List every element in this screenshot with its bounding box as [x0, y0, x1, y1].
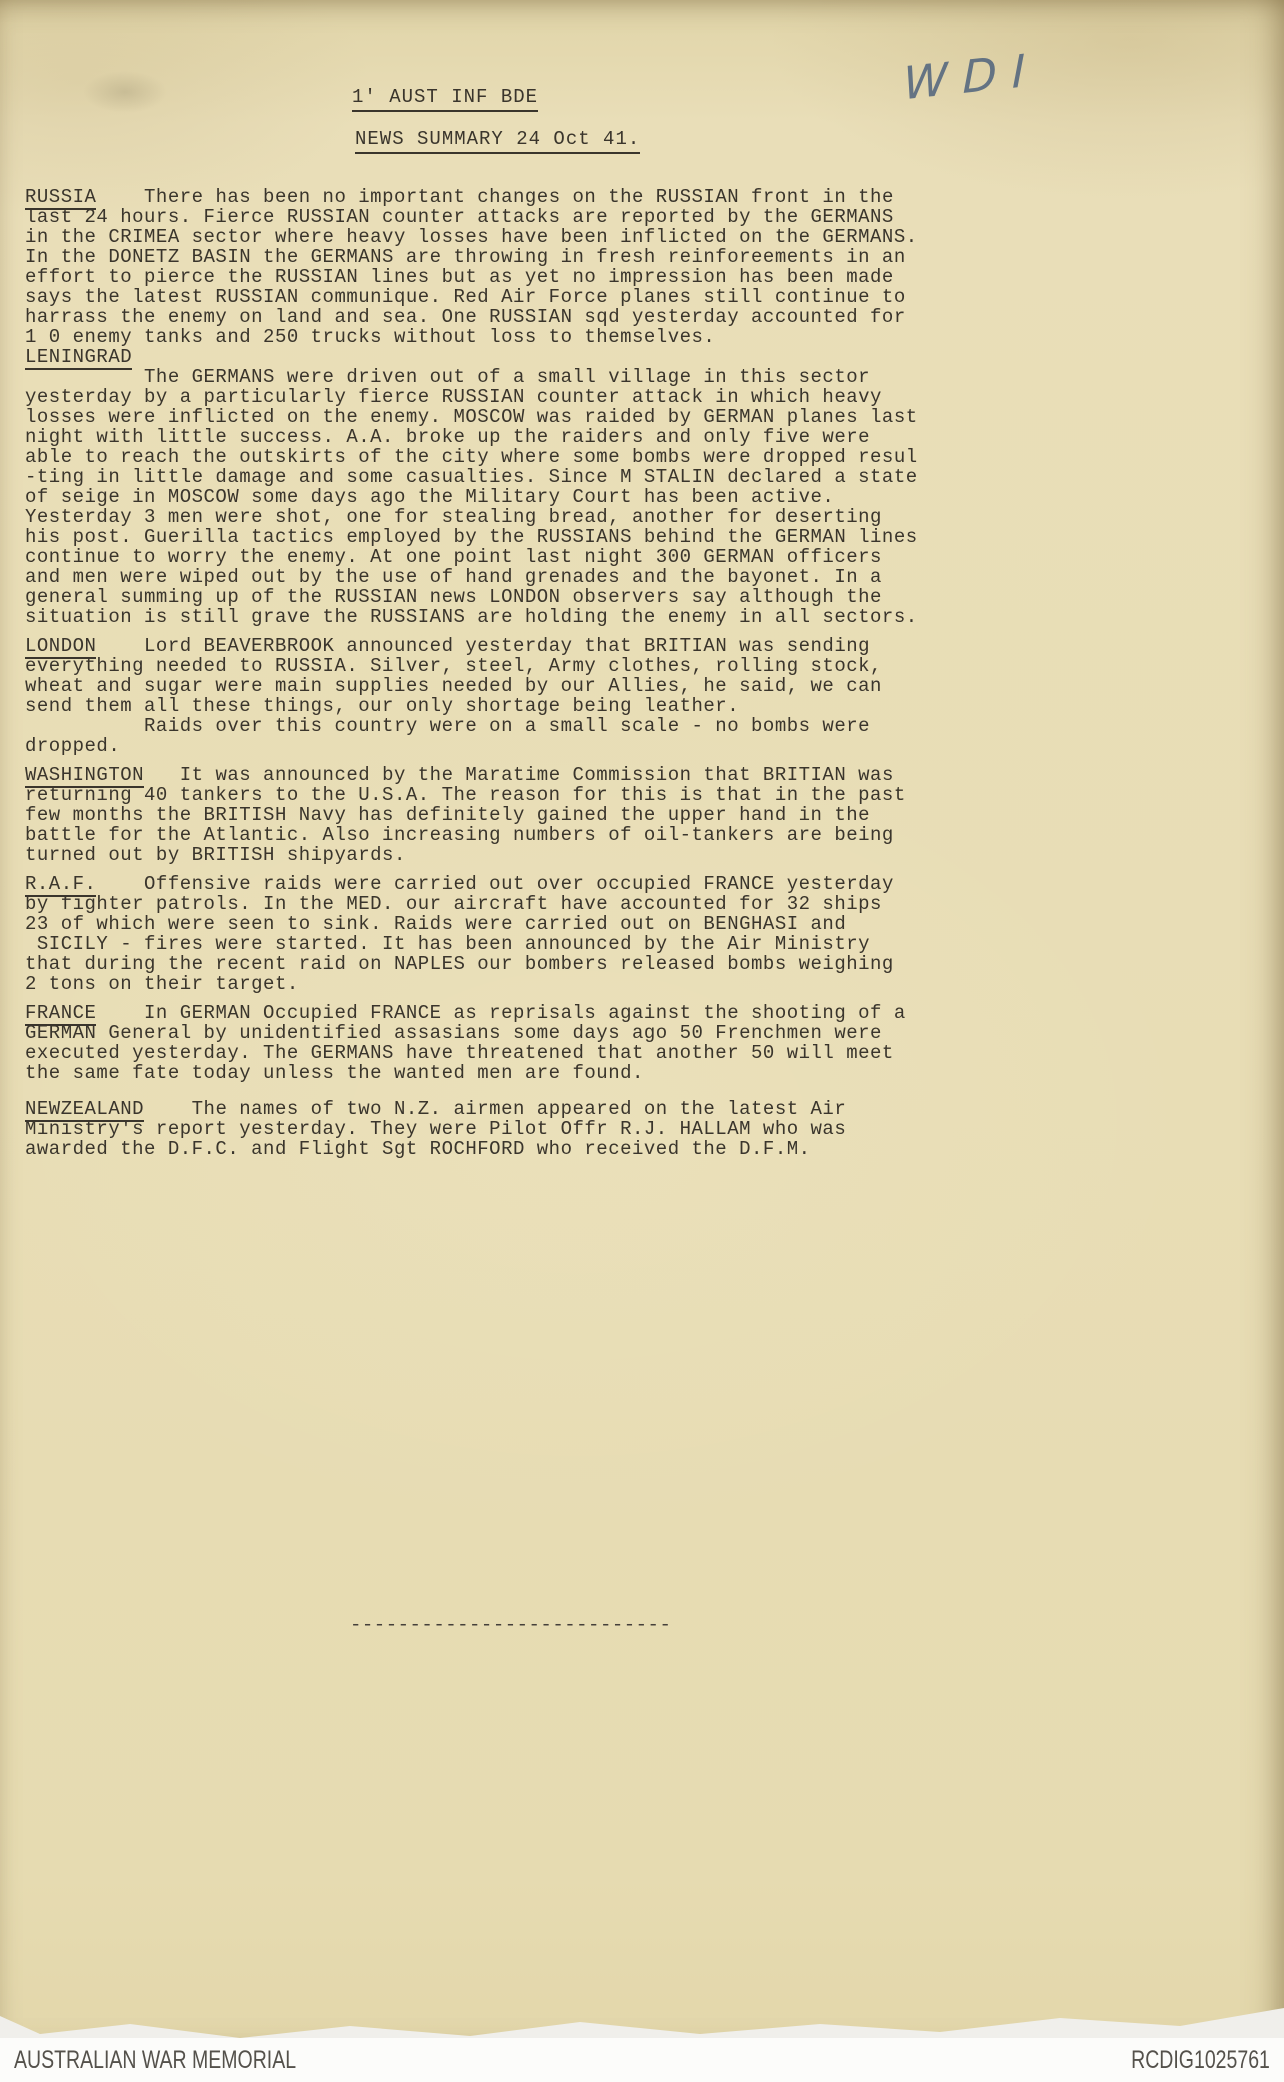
doc-line: Raids over this country were on a small … — [25, 716, 1284, 736]
section-raf: R.A.F. Offensive raids were carried out … — [25, 874, 1284, 994]
archive-id: RCDIG1025761 — [1131, 2046, 1270, 2075]
document-subtitle: NEWS SUMMARY 24 Oct 41. — [355, 128, 640, 154]
doc-line: battle for the Atlantic. Also increasing… — [25, 825, 1284, 845]
doc-line: losses were inflicted on the enemy. MOSC… — [25, 407, 1284, 427]
doc-line: situation is still grave the RUSSIANS ar… — [25, 607, 1284, 627]
section-leningrad: LENINGRAD The GERMANS were driven out of… — [25, 347, 1284, 627]
doc-line: wheat and sugar were main supplies neede… — [25, 676, 1284, 696]
section-washington: WASHINGTON It was announced by the Marat… — [25, 765, 1284, 865]
typed-divider: --------------------------- — [350, 1621, 1284, 1629]
doc-line: LENINGRAD — [25, 347, 1284, 367]
doc-line: the same fate today unless the wanted me… — [25, 1063, 1284, 1083]
doc-line: send them all these things, our only sho… — [25, 696, 1284, 716]
doc-line: WASHINGTON It was announced by the Marat… — [25, 765, 1284, 785]
handwritten-stamp-wdi: WDI — [903, 43, 1040, 111]
document-page: WDI 1' AUST INF BDE NEWS SUMMARY 24 Oct … — [0, 0, 1284, 2040]
doc-line: effort to pierce the RUSSIAN lines but a… — [25, 267, 1284, 287]
doc-line: returning 40 tankers to the U.S.A. The r… — [25, 785, 1284, 805]
doc-line: awarded the D.F.C. and Flight Sgt ROCHFO… — [25, 1139, 1284, 1159]
document-body: RUSSIA There has been no important chang… — [25, 187, 1284, 1159]
section-intro: In GERMAN Occupied FRANCE as reprisals a… — [96, 1002, 905, 1024]
doc-line: GERMAN General by unidentified assasians… — [25, 1023, 1284, 1043]
section-intro: Offensive raids were carried out over oc… — [96, 873, 893, 895]
doc-line: FRANCE In GERMAN Occupied FRANCE as repr… — [25, 1003, 1284, 1023]
doc-line: 23 of which were seen to sink. Raids wer… — [25, 914, 1284, 934]
doc-line: dropped. — [25, 736, 1284, 756]
doc-line: turned out by BRITISH shipyards. — [25, 845, 1284, 865]
section-london: LONDON Lord BEAVERBROOK announced yester… — [25, 636, 1284, 756]
document-title: 1' AUST INF BDE — [352, 86, 538, 112]
archive-name: AUSTRALIAN WAR MEMORIAL — [14, 2046, 296, 2075]
doc-line: Ministry's report yesterday. They were P… — [25, 1119, 1284, 1139]
doc-line: 1 0 enemy tanks and 250 trucks without l… — [25, 327, 1284, 347]
doc-line: everything needed to RUSSIA. Silver, ste… — [25, 656, 1284, 676]
doc-line: continue to worry the enemy. At one poin… — [25, 547, 1284, 567]
doc-line: and men were wiped out by the use of han… — [25, 567, 1284, 587]
section-russia: RUSSIA There has been no important chang… — [25, 187, 1284, 347]
doc-line: R.A.F. Offensive raids were carried out … — [25, 874, 1284, 894]
section-newzealand: NEWZEALAND The names of two N.Z. airmen … — [25, 1099, 1284, 1159]
doc-line: In the DONETZ BASIN the GERMANS are thro… — [25, 247, 1284, 267]
section-intro: Lord BEAVERBROOK announced yesterday tha… — [96, 635, 870, 657]
doc-line: -ting in little damage and some casualti… — [25, 467, 1284, 487]
doc-line: LONDON Lord BEAVERBROOK announced yester… — [25, 636, 1284, 656]
doc-line: by fighter patrols. In the MED. our airc… — [25, 894, 1284, 914]
doc-line: night with little success. A.A. broke up… — [25, 427, 1284, 447]
doc-line: harrass the enemy on land and sea. One R… — [25, 307, 1284, 327]
section-intro: It was announced by the Maratime Commiss… — [144, 764, 894, 786]
doc-line: yesterday by a particularly fierce RUSSI… — [25, 387, 1284, 407]
doc-line: RUSSIA There has been no important chang… — [25, 187, 1284, 207]
doc-line: few months the BRITISH Navy has definite… — [25, 805, 1284, 825]
doc-line: says the latest RUSSIAN communique. Red … — [25, 287, 1284, 307]
doc-line: able to reach the outskirts of the city … — [25, 447, 1284, 467]
doc-line: last 24 hours. Fierce RUSSIAN counter at… — [25, 207, 1284, 227]
doc-line: 2 tons on their target. — [25, 974, 1284, 994]
doc-line: Yesterday 3 men were shot, one for steal… — [25, 507, 1284, 527]
doc-line: general summing up of the RUSSIAN news L… — [25, 587, 1284, 607]
doc-line: in the CRIMEA sector where heavy losses … — [25, 227, 1284, 247]
doc-line: The GERMANS were driven out of a small v… — [25, 367, 1284, 387]
doc-line: SICILY - fires were started. It has been… — [25, 934, 1284, 954]
section-intro: The names of two N.Z. airmen appeared on… — [144, 1098, 846, 1120]
doc-line: NEWZEALAND The names of two N.Z. airmen … — [25, 1099, 1284, 1119]
doc-line: of seige in MOSCOW some days ago the Mil… — [25, 487, 1284, 507]
doc-line: that during the recent raid on NAPLES ou… — [25, 954, 1284, 974]
footer-bar: AUSTRALIAN WAR MEMORIAL RCDIG1025761 — [0, 2038, 1284, 2082]
section-intro: There has been no important changes on t… — [96, 186, 893, 208]
section-france: FRANCE In GERMAN Occupied FRANCE as repr… — [25, 1003, 1284, 1083]
doc-line: executed yesterday. The GERMANS have thr… — [25, 1043, 1284, 1063]
doc-line: his post. Guerilla tactics employed by t… — [25, 527, 1284, 547]
